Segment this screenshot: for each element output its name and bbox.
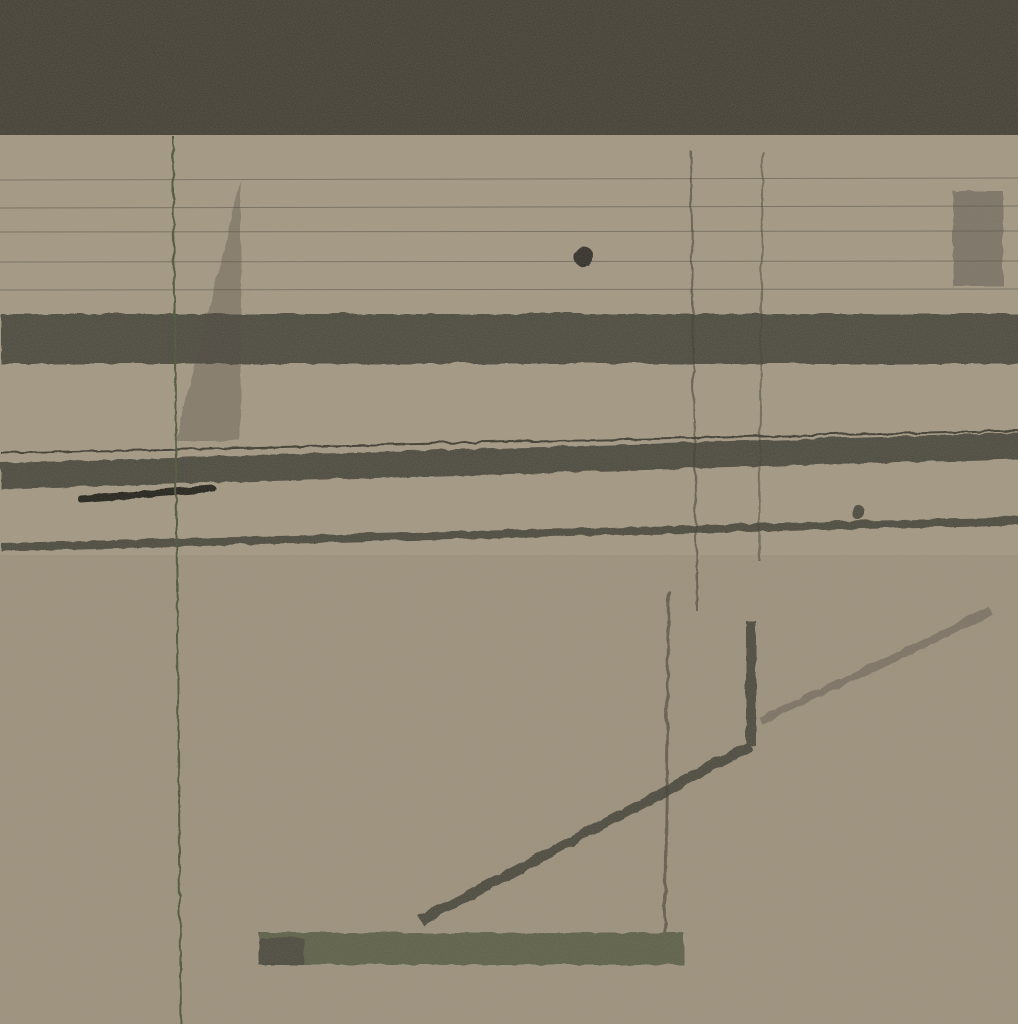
abstract-artwork <box>0 0 1018 1024</box>
